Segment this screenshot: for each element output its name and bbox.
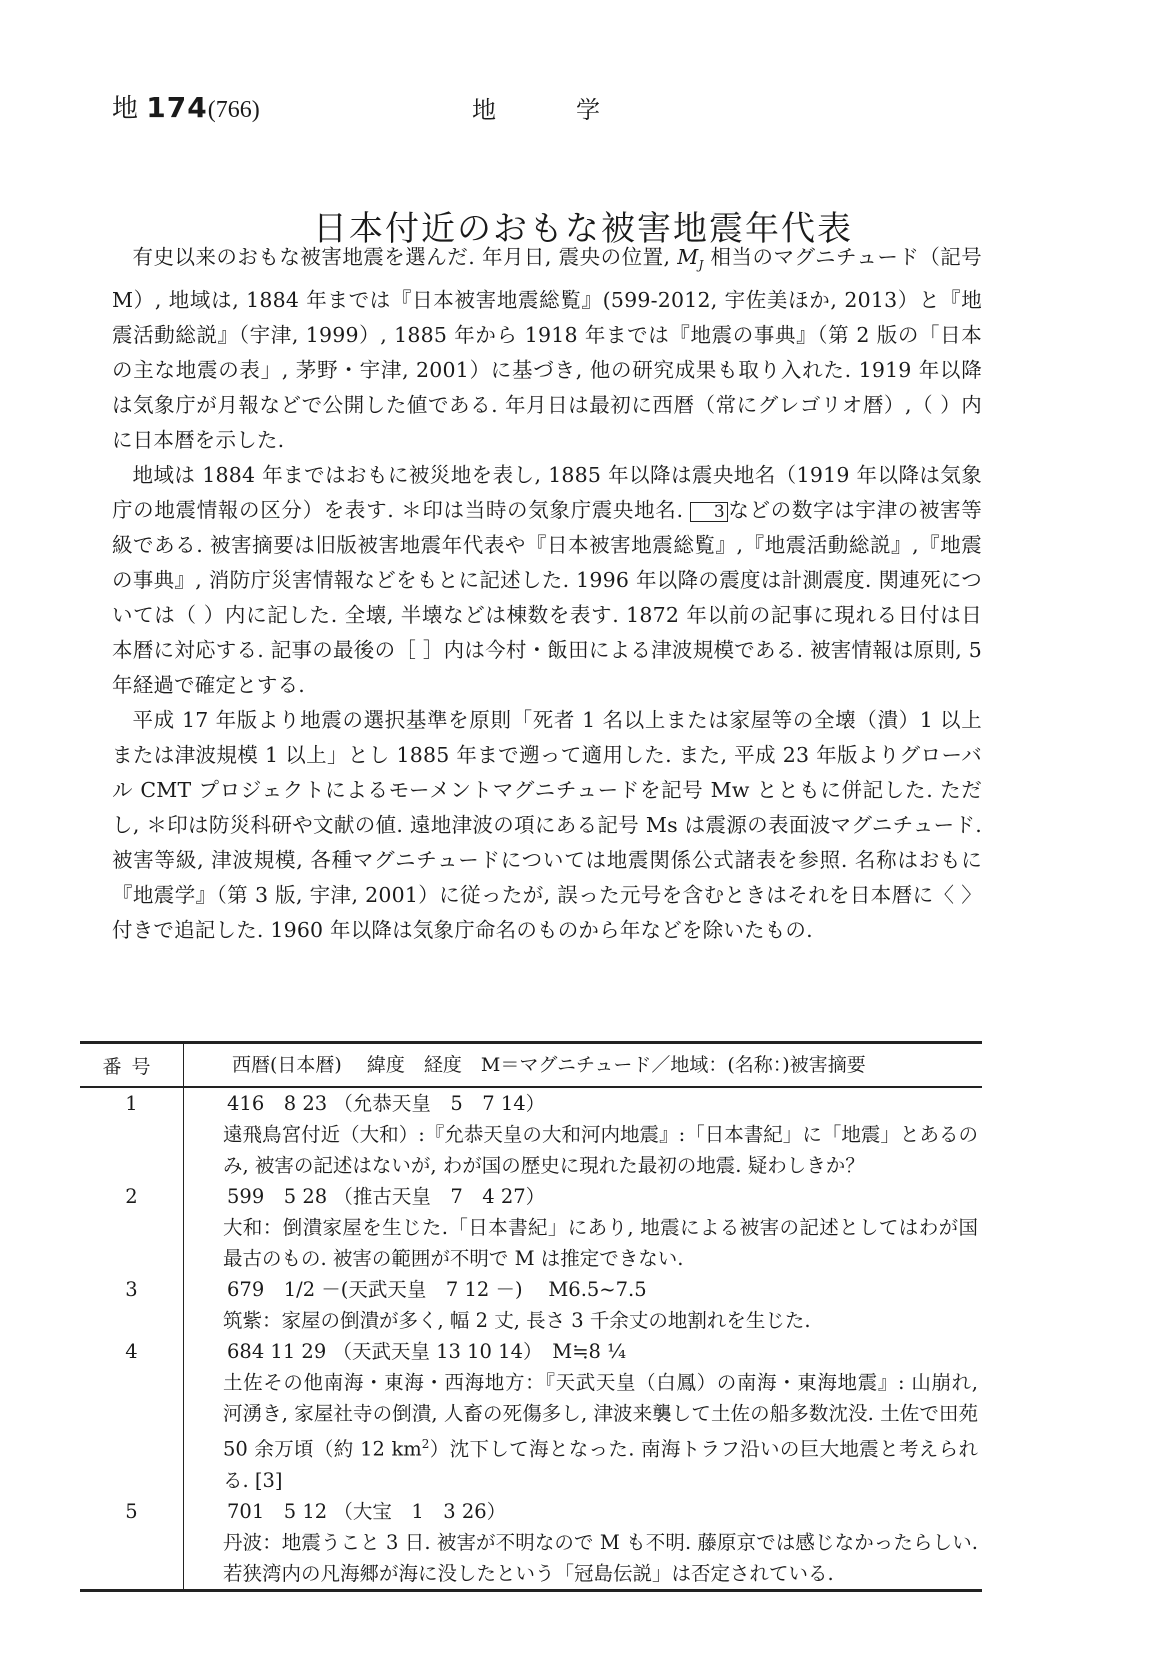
intro-paragraph-2: 地域は 1884 年まではおもに被災地を表し, 1885 年以降は震央地名（19… [112,458,982,703]
table-row: 1 416 8 23 （允恭天皇 5 7 14） 遠飛鳥宮付近（大和）:『允恭天… [80,1088,982,1181]
table-bottom-rule [80,1589,982,1592]
page-number: 174 [146,91,207,124]
intro-text: 有史以来のおもな被害地震を選んだ. 年月日, 震央の位置, MJ 相当のマグニチ… [112,240,982,948]
header-number: 番号 [80,1052,183,1079]
page-sub-number: (766) [208,97,260,123]
row-date: 416 8 23 （允恭天皇 5 7 14） [223,1088,982,1119]
table-body: 1 416 8 23 （允恭天皇 5 7 14） 遠飛鳥宮付近（大和）:『允恭天… [80,1088,982,1589]
table-row: 2 599 5 28 （推古天皇 7 4 27） 大和：倒潰家屋を生じた.「日本… [80,1181,982,1274]
table-row: 3 679 1/2 －(天武天皇 7 12 －) M6.5~7.5 筑紫：家屋の… [80,1274,982,1336]
row-number: 5 [80,1496,183,1589]
row-number: 1 [80,1088,183,1181]
row-date: 599 5 28 （推古天皇 7 4 27） [223,1181,982,1212]
row-description: 丹波：地震うこと 3 日. 被害が不明なので M も不明. 藤原京では感じなかっ… [223,1527,982,1589]
page-prefix: 地 [112,94,138,124]
row-date: 701 5 12 （大宝 1 3 26） [223,1496,982,1527]
mj-symbol: MJ [677,245,703,269]
row-date: 684 11 29 （天武天皇 13 10 14） M≒8 ¼ [223,1336,982,1367]
row-description: 土佐その他南海・東海・西海地方：『天武天皇（白鳳）の南海・東海地震』: 山崩れ,… [223,1367,982,1496]
running-head: 地 174(766) 地学 [112,88,1012,128]
table-row: 4 684 11 29 （天武天皇 13 10 14） M≒8 ¼ 土佐その他南… [80,1336,982,1496]
page-label: 地 174(766) [112,88,260,125]
row-date: 679 1/2 －(天武天皇 7 12 －) M6.5~7.5 [223,1274,982,1305]
row-description: 遠飛鳥宮付近（大和）:『允恭天皇の大和河内地震』:「日本書紀」に「地震」とあるの… [223,1119,982,1181]
row-description: 大和：倒潰家屋を生じた.「日本書紀」にあり, 地震による被害の記述としてはわが国… [223,1212,982,1274]
header-details: 西暦(日本暦) 緯度 経度 M＝マグニチュード／地域：(名称：)被害摘要 [183,1044,982,1086]
table-row: 5 701 5 12 （大宝 1 3 26） 丹波：地震うこと 3 日. 被害が… [80,1496,982,1589]
intro-paragraph-1: 有史以来のおもな被害地震を選んだ. 年月日, 震央の位置, MJ 相当のマグニチ… [112,240,982,458]
row-description: 筑紫：家屋の倒潰が多く, 幅 2 丈, 長さ 3 千余丈の地割れを生じた. [223,1305,982,1336]
row-number: 2 [80,1181,183,1274]
damage-grade-box: 3 [690,502,728,522]
row-number: 4 [80,1336,183,1496]
section-name: 地学 [472,90,680,125]
row-number: 3 [80,1274,183,1336]
intro-paragraph-3: 平成 17 年版より地震の選択基準を原則「死者 1 名以上または家屋等の全壊（潰… [112,703,982,948]
earthquake-table: 番号 西暦(日本暦) 緯度 経度 M＝マグニチュード／地域：(名称：)被害摘要 … [80,1041,982,1592]
table-header: 番号 西暦(日本暦) 緯度 経度 M＝マグニチュード／地域：(名称：)被害摘要 [80,1044,982,1088]
